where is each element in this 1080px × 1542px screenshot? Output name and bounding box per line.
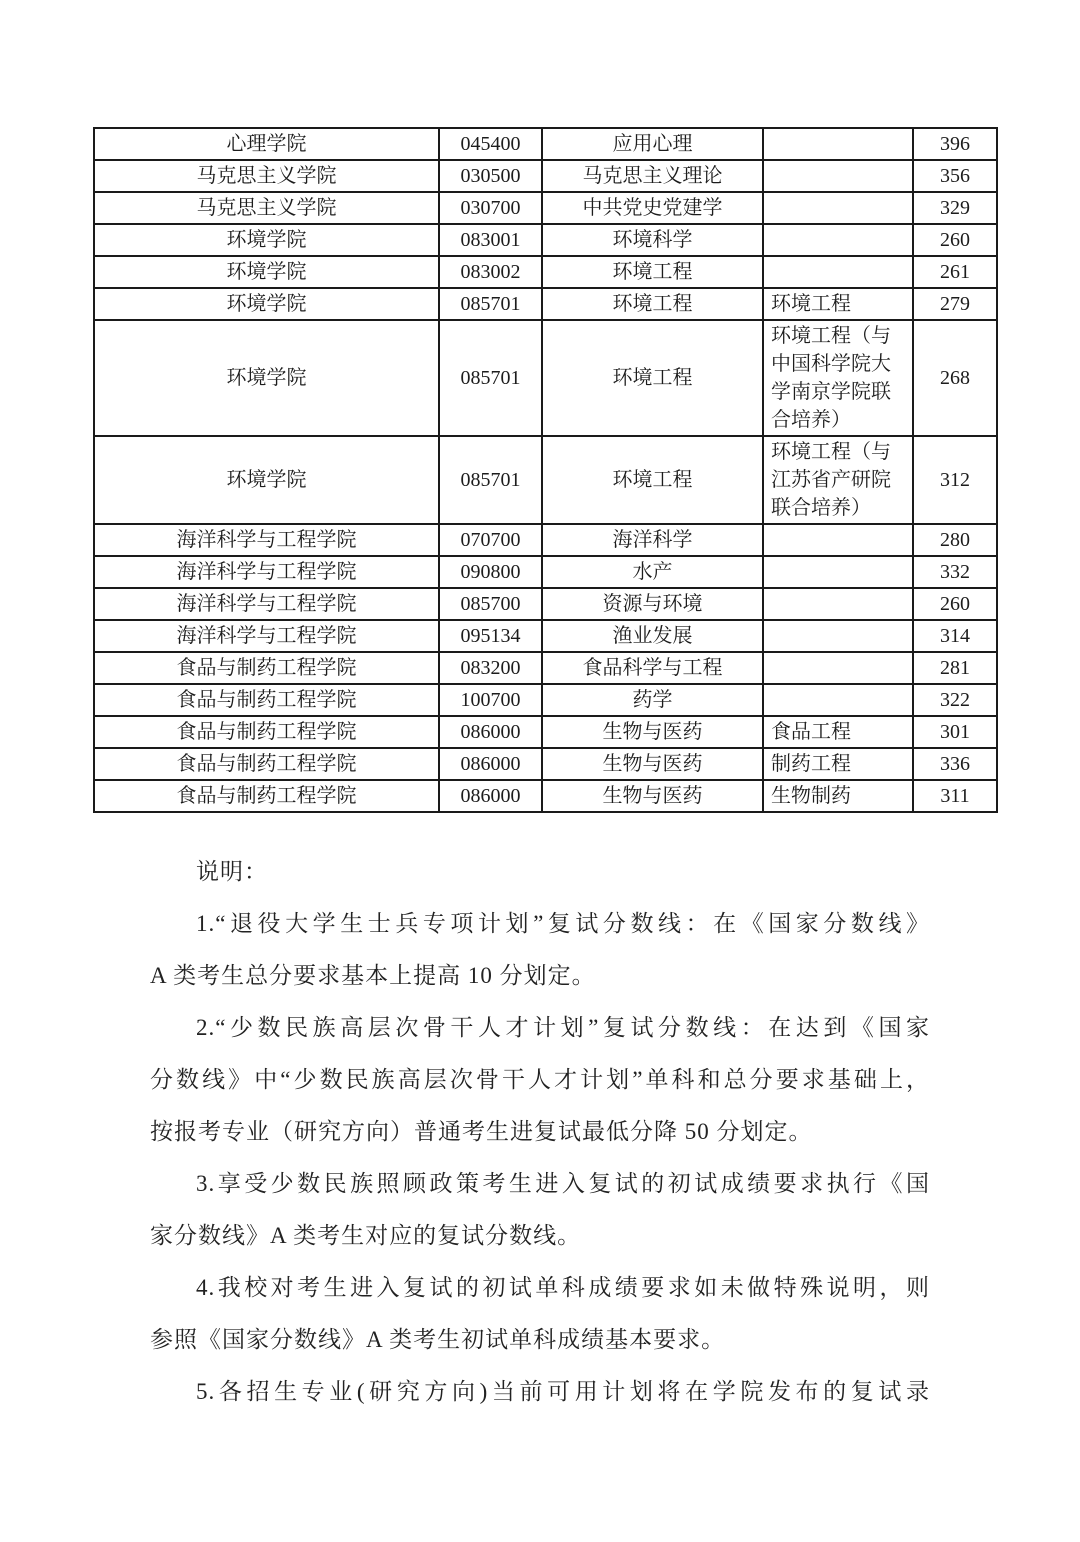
cell-college: 马克思主义学院 (94, 192, 439, 224)
cell-code: 086000 (439, 748, 542, 780)
score-table-body: 心理学院045400应用心理396马克思主义学院030500马克思主义理论356… (94, 128, 997, 812)
cell-direction (763, 256, 913, 288)
table-row: 食品与制药工程学院086000生物与医药生物制药311 (94, 780, 997, 812)
table-row: 食品与制药工程学院086000生物与医药制药工程336 (94, 748, 997, 780)
cell-major: 生物与医药 (542, 716, 763, 748)
cell-score: 280 (913, 524, 997, 556)
cell-code: 095134 (439, 620, 542, 652)
document-page: 心理学院045400应用心理396马克思主义学院030500马克思主义理论356… (0, 0, 1080, 1542)
cell-code: 070700 (439, 524, 542, 556)
notes-section: 说明： 1.“退役大学生士兵专项计划”复试分数线：在《国家分数线》A 类考生总分… (150, 846, 930, 1418)
note-line: 4.我校对考生进入复试的初试单科成绩要求如未做特殊说明，则 (150, 1262, 930, 1314)
cell-code: 083200 (439, 652, 542, 684)
table-row: 环境学院083002环境工程261 (94, 256, 997, 288)
cell-direction (763, 652, 913, 684)
table-row: 环境学院085701环境工程环境工程279 (94, 288, 997, 320)
cell-major: 马克思主义理论 (542, 160, 763, 192)
cell-college: 海洋科学与工程学院 (94, 556, 439, 588)
cell-major: 环境工程 (542, 320, 763, 436)
cell-college: 食品与制药工程学院 (94, 748, 439, 780)
table-row: 海洋科学与工程学院085700资源与环境260 (94, 588, 997, 620)
cell-direction: 食品工程 (763, 716, 913, 748)
cell-code: 100700 (439, 684, 542, 716)
score-table: 心理学院045400应用心理396马克思主义学院030500马克思主义理论356… (93, 127, 998, 813)
cell-major: 水产 (542, 556, 763, 588)
cell-college: 海洋科学与工程学院 (94, 588, 439, 620)
table-row: 食品与制药工程学院086000生物与医药食品工程301 (94, 716, 997, 748)
note-line: 按报考专业（研究方向）普通考生进复试最低分降 50 分划定。 (150, 1106, 930, 1158)
cell-direction: 环境工程 (763, 288, 913, 320)
cell-code: 086000 (439, 780, 542, 812)
cell-direction: 环境工程（与江苏省产研院联合培养） (763, 436, 913, 524)
cell-direction (763, 588, 913, 620)
cell-college: 海洋科学与工程学院 (94, 620, 439, 652)
cell-score: 314 (913, 620, 997, 652)
cell-major: 中共党史党建学 (542, 192, 763, 224)
note-line: 5.各招生专业(研究方向)当前可用计划将在学院发布的复试录 (150, 1366, 930, 1418)
cell-score: 329 (913, 192, 997, 224)
cell-major: 应用心理 (542, 128, 763, 160)
cell-code: 090800 (439, 556, 542, 588)
table-row: 心理学院045400应用心理396 (94, 128, 997, 160)
cell-college: 环境学院 (94, 288, 439, 320)
cell-score: 311 (913, 780, 997, 812)
table-row: 食品与制药工程学院083200食品科学与工程281 (94, 652, 997, 684)
note-line: 3.享受少数民族照顾政策考生进入复试的初试成绩要求执行《国 (150, 1158, 930, 1210)
cell-direction: 生物制药 (763, 780, 913, 812)
cell-score: 301 (913, 716, 997, 748)
cell-direction (763, 620, 913, 652)
cell-score: 312 (913, 436, 997, 524)
cell-score: 356 (913, 160, 997, 192)
note-line: 参照《国家分数线》A 类考生初试单科成绩基本要求。 (150, 1314, 930, 1366)
cell-major: 环境工程 (542, 256, 763, 288)
cell-direction (763, 224, 913, 256)
cell-college: 环境学院 (94, 320, 439, 436)
cell-major: 环境科学 (542, 224, 763, 256)
cell-score: 260 (913, 588, 997, 620)
note-line: 1.“退役大学生士兵专项计划”复试分数线：在《国家分数线》 (150, 898, 930, 950)
cell-college: 食品与制药工程学院 (94, 716, 439, 748)
cell-code: 086000 (439, 716, 542, 748)
cell-code: 030500 (439, 160, 542, 192)
table-row: 环境学院085701环境工程环境工程（与江苏省产研院联合培养）312 (94, 436, 997, 524)
cell-college: 马克思主义学院 (94, 160, 439, 192)
table-row: 马克思主义学院030500马克思主义理论356 (94, 160, 997, 192)
notes-heading: 说明： (150, 846, 930, 898)
cell-direction (763, 524, 913, 556)
cell-score: 279 (913, 288, 997, 320)
cell-score: 332 (913, 556, 997, 588)
cell-direction (763, 684, 913, 716)
cell-major: 药学 (542, 684, 763, 716)
cell-college: 海洋科学与工程学院 (94, 524, 439, 556)
cell-college: 食品与制药工程学院 (94, 684, 439, 716)
cell-major: 环境工程 (542, 288, 763, 320)
cell-college: 食品与制药工程学院 (94, 780, 439, 812)
cell-score: 336 (913, 748, 997, 780)
cell-score: 396 (913, 128, 997, 160)
cell-score: 281 (913, 652, 997, 684)
cell-code: 085701 (439, 288, 542, 320)
cell-code: 083001 (439, 224, 542, 256)
cell-college: 环境学院 (94, 224, 439, 256)
cell-college: 环境学院 (94, 436, 439, 524)
note-line: 家分数线》A 类考生对应的复试分数线。 (150, 1210, 930, 1262)
table-row: 环境学院083001环境科学260 (94, 224, 997, 256)
cell-score: 268 (913, 320, 997, 436)
cell-direction (763, 556, 913, 588)
cell-college: 食品与制药工程学院 (94, 652, 439, 684)
cell-college: 心理学院 (94, 128, 439, 160)
cell-college: 环境学院 (94, 256, 439, 288)
cell-code: 083002 (439, 256, 542, 288)
cell-major: 资源与环境 (542, 588, 763, 620)
cell-major: 食品科学与工程 (542, 652, 763, 684)
note-line: 2.“少数民族高层次骨干人才计划”复试分数线：在达到《国家 (150, 1002, 930, 1054)
cell-direction: 环境工程（与中国科学院大学南京学院联合培养） (763, 320, 913, 436)
note-line: 分数线》中“少数民族高层次骨干人才计划”单科和总分要求基础上， (150, 1054, 930, 1106)
cell-score: 261 (913, 256, 997, 288)
cell-code: 045400 (439, 128, 542, 160)
cell-code: 085700 (439, 588, 542, 620)
table-row: 海洋科学与工程学院070700海洋科学280 (94, 524, 997, 556)
cell-major: 环境工程 (542, 436, 763, 524)
cell-code: 085701 (439, 320, 542, 436)
cell-major: 生物与医药 (542, 780, 763, 812)
cell-direction (763, 128, 913, 160)
cell-direction (763, 160, 913, 192)
table-row: 食品与制药工程学院100700药学322 (94, 684, 997, 716)
cell-major: 海洋科学 (542, 524, 763, 556)
cell-major: 渔业发展 (542, 620, 763, 652)
cell-direction (763, 192, 913, 224)
note-line: A 类考生总分要求基本上提高 10 分划定。 (150, 950, 930, 1002)
table-row: 马克思主义学院030700中共党史党建学329 (94, 192, 997, 224)
cell-direction: 制药工程 (763, 748, 913, 780)
table-row: 海洋科学与工程学院090800水产332 (94, 556, 997, 588)
cell-score: 260 (913, 224, 997, 256)
cell-score: 322 (913, 684, 997, 716)
table-row: 海洋科学与工程学院095134渔业发展314 (94, 620, 997, 652)
table-row: 环境学院085701环境工程环境工程（与中国科学院大学南京学院联合培养）268 (94, 320, 997, 436)
cell-code: 030700 (439, 192, 542, 224)
cell-major: 生物与医药 (542, 748, 763, 780)
cell-code: 085701 (439, 436, 542, 524)
